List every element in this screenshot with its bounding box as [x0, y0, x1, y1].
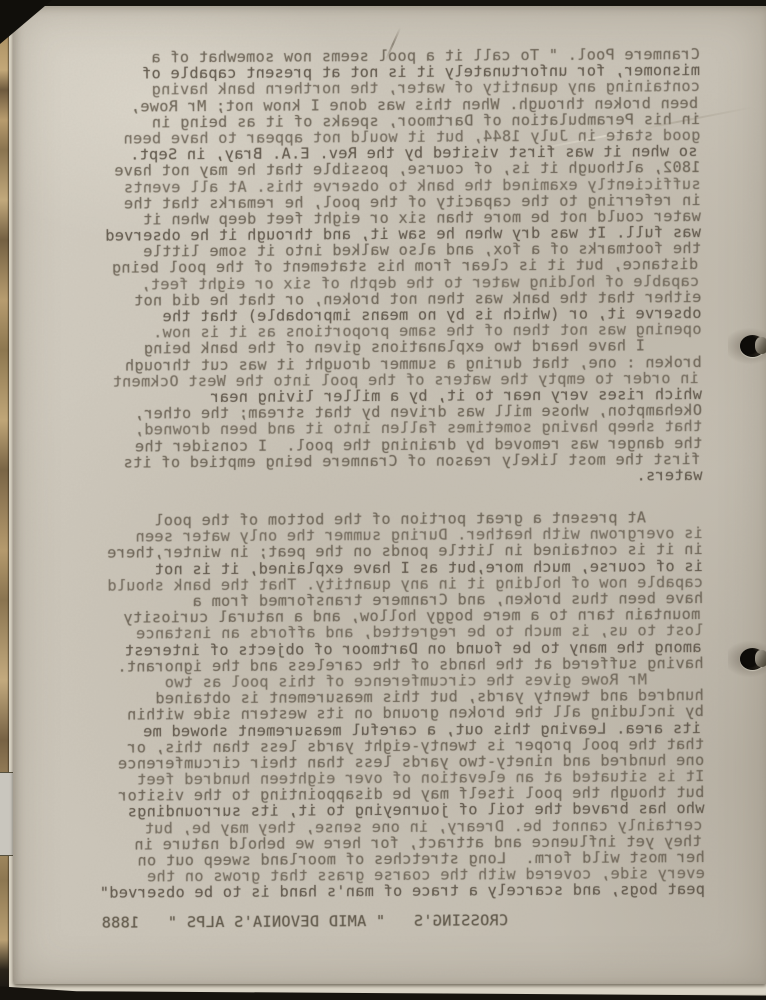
typewritten-text-mirrored: Cranmere Pool. " To call it a pool seems…: [62, 46, 705, 931]
fastener-pin: [755, 337, 766, 354]
scanned-page-photo: Cranmere Pool. " To call it a pool seems…: [0, 0, 766, 1000]
page-edge-patch: [0, 772, 14, 856]
fastener-pin: [755, 650, 766, 667]
text-line: first the most likely reason of Cranmere…: [64, 451, 700, 471]
text-body: Cranmere Pool. " To call it a pool seems…: [62, 46, 705, 901]
text-line: peat bogs, and scarcely a trace of man's…: [67, 881, 705, 901]
binding-fastener-bottom: [734, 644, 766, 674]
binding-fastener-top: [734, 331, 766, 361]
footer-caption: CROSSING'S " AMID DEVONIA'S ALPS " 1888: [67, 912, 508, 931]
